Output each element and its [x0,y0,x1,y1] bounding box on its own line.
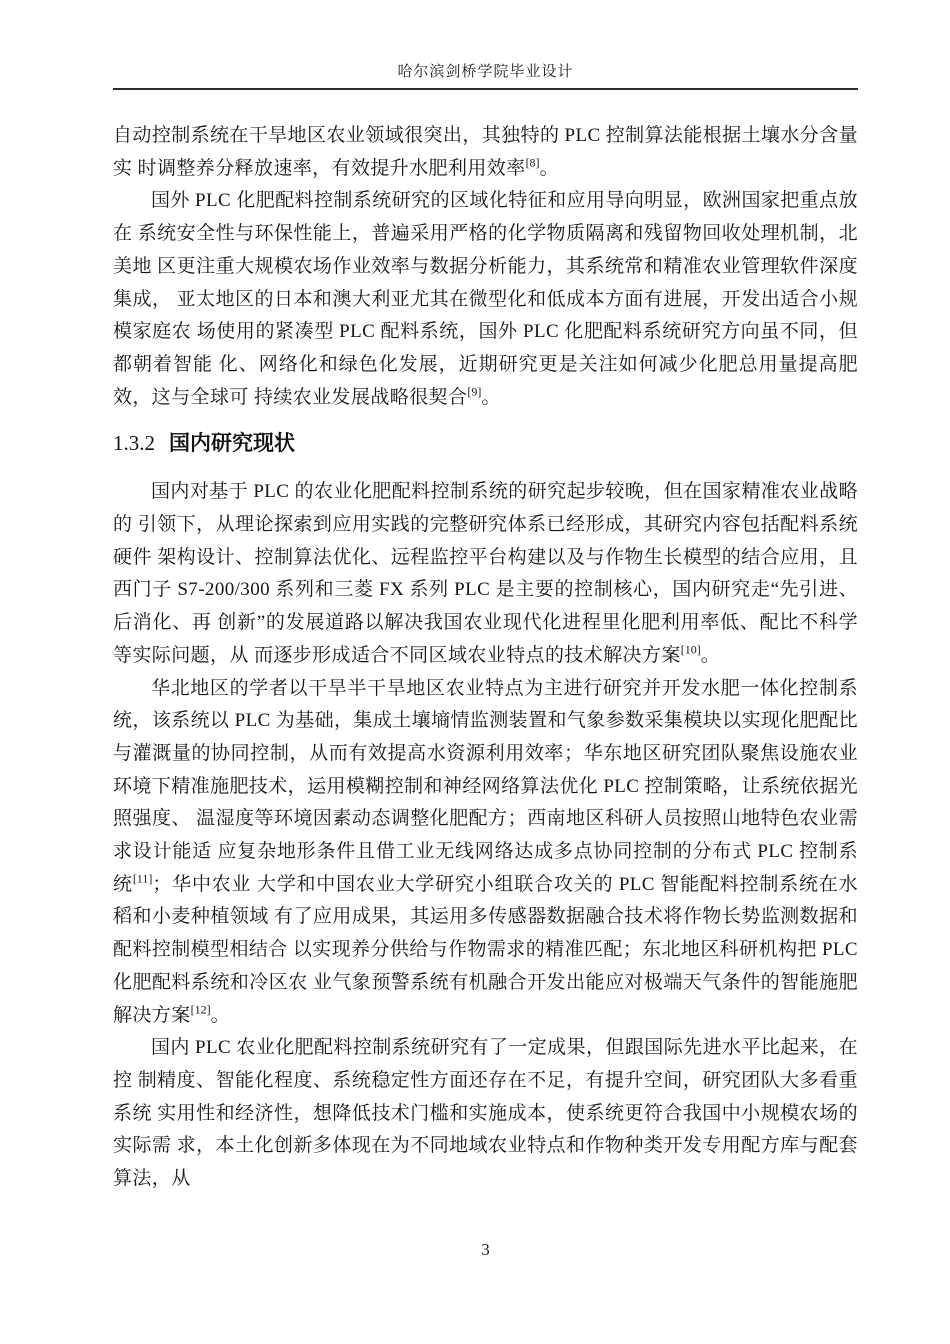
page-number: 3 [113,1240,858,1260]
citation-ref: [8] [526,155,540,169]
section-paragraphs: 国内对基于 PLC 的农业化肥配料控制系统的研究起步较晚，但在国家精准农业战略的… [113,476,858,1195]
intro-paragraphs: 自动控制系统在干旱地区农业领域很突出，其独特的 PLC 控制算法能根据土壤水分含… [113,120,858,414]
paragraph: 国内对基于 PLC 的农业化肥配料控制系统的研究起步较晚，但在国家精准农业战略的… [113,476,858,672]
section-title: 国内研究现状 [169,432,295,455]
paragraph: 华北地区的学者以干旱半干旱地区农业特点为主进行研究并开发水肥一体化控制系统，该系… [113,673,858,1033]
page-content: 自动控制系统在干旱地区农业领域很突出，其独特的 PLC 控制算法能根据土壤水分含… [113,120,858,1196]
paragraph: 国内 PLC 农业化肥配料控制系统研究有了一定成果，但跟国际先进水平比起来，在控… [113,1032,858,1196]
running-header: 哈尔滨剑桥学院毕业设计 [113,0,858,90]
citation-ref: [9] [467,384,481,398]
paragraph: 国外 PLC 化肥配料控制系统研究的区域化特征和应用导向明显，欧洲国家把重点放在… [113,185,858,414]
thesis-page: 哈尔滨剑桥学院毕业设计 自动控制系统在干旱地区农业领域很突出，其独特的 PLC … [0,0,950,1344]
citation-ref: [12] [191,1002,211,1016]
section-number: 1.3.2 [113,431,155,455]
citation-ref: [10] [681,643,701,657]
paragraph: 自动控制系统在干旱地区农业领域很突出，其独特的 PLC 控制算法能根据土壤水分含… [113,120,858,185]
citation-ref: [11] [133,871,153,885]
section-heading: 1.3.2国内研究现状 [113,427,858,460]
